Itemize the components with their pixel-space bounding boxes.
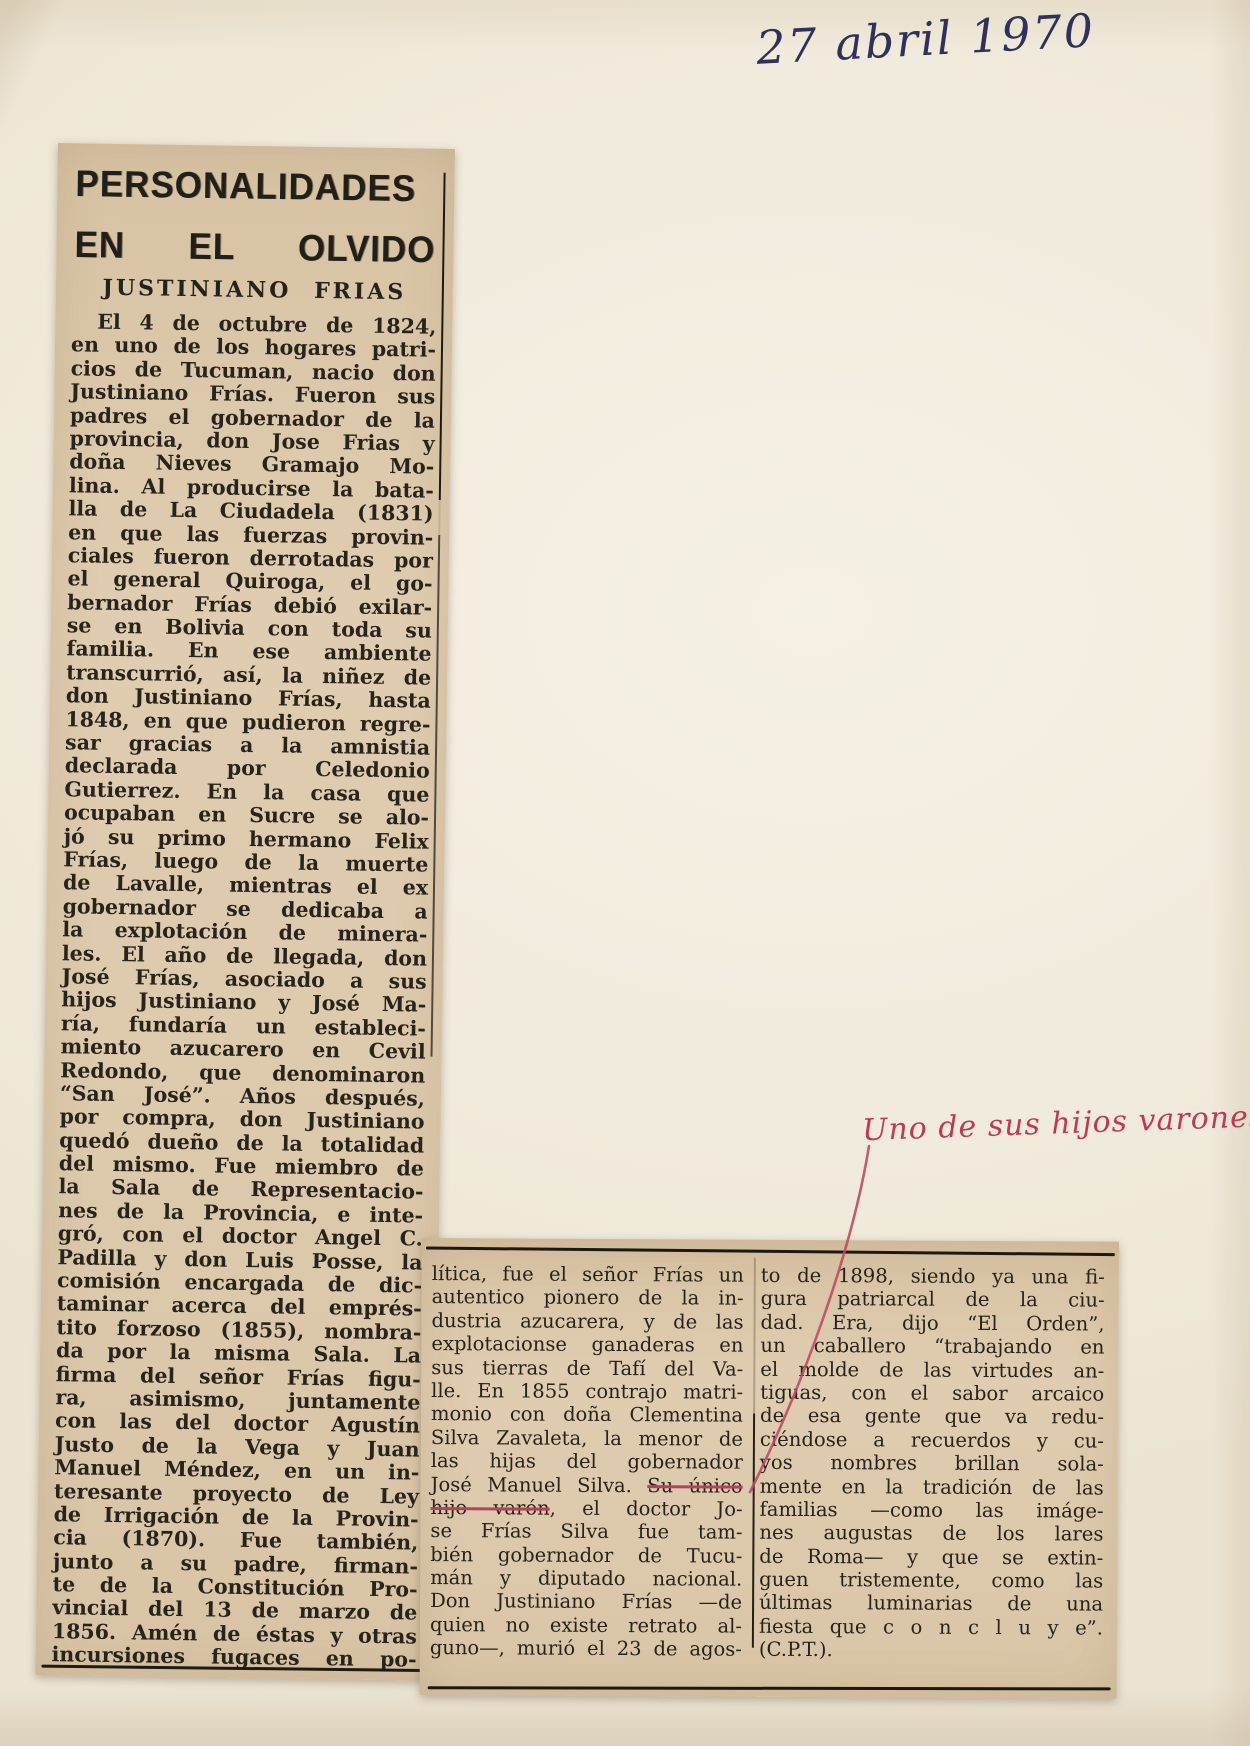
text-line: las hijas del gobernador [431,1449,743,1474]
struck-text: hijo varón [431,1496,550,1520]
text-line: un caballero “trabajando en [760,1334,1104,1359]
text-line: Don Justiniano Frías —de [430,1590,742,1615]
article-subheadline: JUSTINIANO FRIAS [70,273,439,306]
column-rule-vertical [752,1258,756,1648]
text-line: José Manuel Silva. Su único [431,1473,743,1498]
text-segment: José Manuel Silva. [431,1473,648,1497]
struck-text: Su único [647,1474,743,1497]
text-line: el molde de las virtudes an- [760,1357,1104,1382]
text-line: lle. En 1855 contrajo matri- [431,1379,743,1404]
handwritten-date-annotation: 27 abril 1970 [755,3,1097,75]
text-line: to de 1898, siendo ya una fi- [761,1264,1105,1289]
text-line: quien no existe retrato al- [430,1613,742,1638]
text-line: ciéndose a recuerdos y cu- [760,1428,1104,1453]
text-line: mente en la tradición de las [760,1474,1104,1499]
text-line: hijo varón, el doctor Jo- [431,1496,743,1521]
text-line: se Frías Silva fue tam- [430,1519,742,1544]
text-line: gura patriarcal de la ciu- [761,1287,1105,1312]
article-column-middle: lítica, fue el señor Frías unautentico p… [430,1262,744,1661]
text-line: lítica, fue el señor Frías un [432,1262,744,1287]
text-line: explotacionse ganaderas en [431,1332,743,1357]
text-line: mán y diputado nacional. [430,1566,742,1591]
article-headline-line2: EN EL OLVIDO [74,223,436,272]
newspaper-clipping-bottom: lítica, fue el señor Frías unautentico p… [420,1238,1119,1699]
clipping-columns: lítica, fue el señor Frías unautentico p… [420,1238,1119,1663]
newspaper-clipping-left: PERSONALIDADES EN EL OLVIDO JUSTINIANO F… [35,143,455,1681]
text-line: de esa gente que va redu- [760,1404,1104,1429]
text-line: dustria azucarera, y de las [432,1309,744,1334]
scrapbook-page: 27 abril 1970 PERSONALIDADES EN EL OLVID… [0,0,1250,1746]
text-line: monio con doña Clementina [431,1402,743,1427]
article-column-left: El 4 de octubre de 1824,en uno de los ho… [35,310,452,1672]
clipping-bottom-rule [428,1686,1111,1690]
text-line: Silva Zavaleta, la menor de [431,1426,743,1451]
text-line: (C.P.T.). [759,1638,1103,1663]
text-line: sus tierras de Tafí del Va- [431,1356,743,1381]
text-line: dad. Era, dijo “El Orden”, [761,1311,1105,1336]
handwritten-correction-note: Uno de sus hijos varones, [862,1099,1250,1148]
text-line: guen tristemente, como las [759,1568,1103,1593]
text-segment: , el doctor Jo- [550,1497,743,1521]
article-column-right: to de 1898, siendo ya una fi-gura patria… [759,1264,1105,1663]
text-line: tiguas, con el sabor arcaico [760,1381,1104,1406]
article-headline-line1: PERSONALIDADES [75,162,437,211]
text-line: fiesta que c o n c l u y e”. [759,1615,1103,1640]
text-line: nes augustas de los lares [759,1521,1103,1546]
text-line: autentico pionero de la in- [432,1285,744,1310]
text-line: últimas luminarias de una [759,1591,1103,1616]
text-line: familias —como las imáge- [760,1498,1104,1523]
text-line: bién gobernador de Tucu- [430,1543,742,1568]
text-line: de Roma— y que se extin- [759,1544,1103,1569]
text-line: guno—, murió el 23 de agos- [430,1636,742,1661]
text-line: yos nombres brillan sola- [760,1451,1104,1476]
